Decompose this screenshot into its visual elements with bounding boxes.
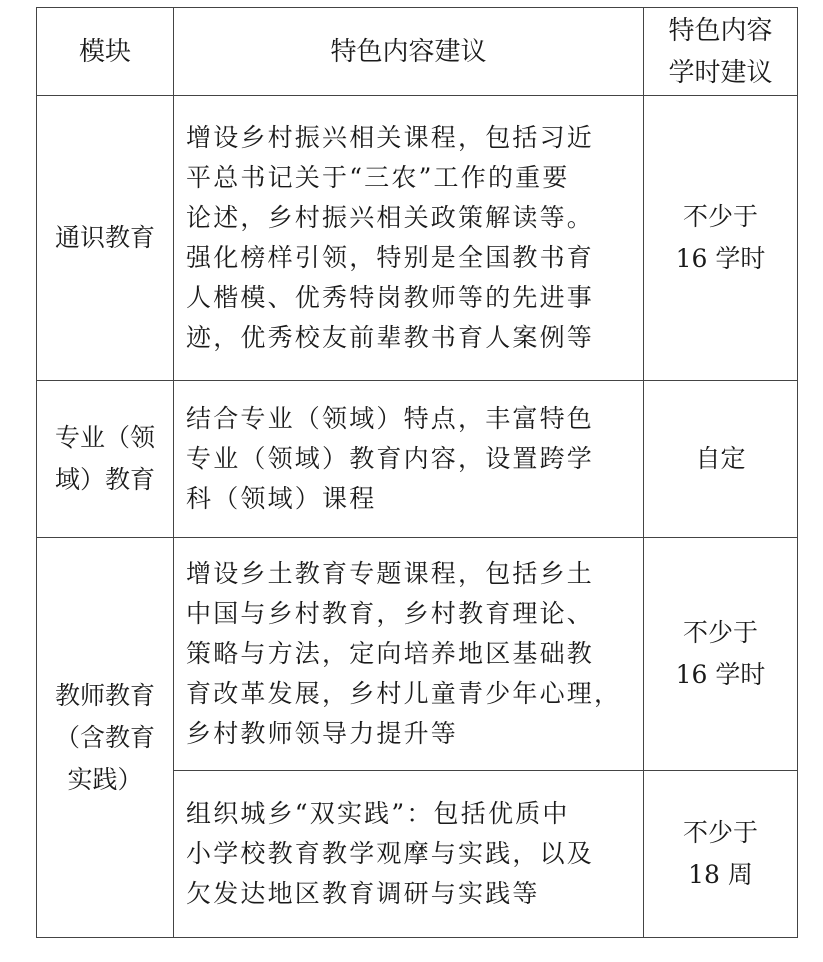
hours-line: 自定: [644, 438, 797, 480]
hours-line: 16 学时: [644, 238, 797, 280]
content-cell: 增设乡土教育专题课程，包括乡土 中国与乡村教育，乡村教育理论、 策略与方法，定向…: [174, 538, 644, 771]
content-line: 论述，乡村振兴相关政策解读等。: [186, 198, 633, 238]
module-name: 通识教育: [45, 217, 165, 259]
content-line: 科（领域）课程: [186, 479, 633, 519]
content-line: 增设乡土教育专题课程，包括乡土: [186, 554, 633, 594]
module-name: 实践）: [45, 759, 165, 801]
content-line: 平总书记关于“三农”工作的重要: [186, 158, 633, 198]
content-line: 育改革发展，乡村儿童青少年心理，: [186, 674, 633, 714]
header-row: 模块 特色内容建议 特色内容 学时建议: [37, 8, 798, 96]
content-line: 欠发达地区教育调研与实践等: [186, 874, 633, 914]
hours-cell: 自定: [644, 381, 798, 538]
table-row-professional-education: 专业（领 域）教育 结合专业（领域）特点，丰富特色 专业（领域）教育内容，设置跨…: [37, 381, 798, 538]
content-line: 乡村教师领导力提升等: [186, 714, 633, 754]
content-line: 小学校教育教学观摩与实践，以及: [186, 834, 633, 874]
header-content: 特色内容建议: [174, 8, 644, 96]
module-name: 教师教育: [45, 675, 165, 717]
module-cell: 教师教育 （含教育 实践）: [37, 538, 174, 938]
content-line: 人楷模、优秀特岗教师等的先进事: [186, 278, 633, 318]
hours-line: 不少于: [644, 612, 797, 654]
content-line: 强化榜样引领，特别是全国教书育: [186, 238, 633, 278]
content-cell: 增设乡村振兴相关课程，包括习近 平总书记关于“三农”工作的重要 论述，乡村振兴相…: [174, 96, 644, 381]
module-name: 域）教育: [45, 459, 165, 501]
table-row-general-education: 通识教育 增设乡村振兴相关课程，包括习近 平总书记关于“三农”工作的重要 论述，…: [37, 96, 798, 381]
header-hours-line: 学时建议: [644, 52, 797, 94]
hours-line: 不少于: [644, 812, 797, 854]
content-cell: 结合专业（领域）特点，丰富特色 专业（领域）教育内容，设置跨学 科（领域）课程: [174, 381, 644, 538]
header-hours: 特色内容 学时建议: [644, 8, 798, 96]
module-name: （含教育: [45, 717, 165, 759]
content-line: 中国与乡村教育，乡村教育理论、: [186, 594, 633, 634]
content-line: 组织城乡“双实践”：包括优质中: [186, 794, 633, 834]
content-line: 专业（领域）教育内容，设置跨学: [186, 439, 633, 479]
module-cell: 专业（领 域）教育: [37, 381, 174, 538]
hours-line: 18 周: [644, 854, 797, 896]
hours-cell: 不少于 18 周: [644, 771, 798, 938]
hours-line: 16 学时: [644, 654, 797, 696]
header-module: 模块: [37, 8, 174, 96]
module-name: 专业（领: [45, 417, 165, 459]
content-line: 策略与方法，定向培养地区基础教: [186, 634, 633, 674]
module-cell: 通识教育: [37, 96, 174, 381]
curriculum-table: 模块 特色内容建议 特色内容 学时建议 通识教育 增设乡村振兴相关课程，包括习近…: [36, 7, 798, 938]
content-cell: 组织城乡“双实践”：包括优质中 小学校教育教学观摩与实践，以及 欠发达地区教育调…: [174, 771, 644, 938]
content-line: 结合专业（领域）特点，丰富特色: [186, 399, 633, 439]
content-line: 增设乡村振兴相关课程，包括习近: [186, 118, 633, 158]
header-hours-line: 特色内容: [644, 10, 797, 52]
table-row-teacher-education: 教师教育 （含教育 实践） 增设乡土教育专题课程，包括乡土 中国与乡村教育，乡村…: [37, 538, 798, 771]
hours-cell: 不少于 16 学时: [644, 538, 798, 771]
hours-cell: 不少于 16 学时: [644, 96, 798, 381]
hours-line: 不少于: [644, 196, 797, 238]
content-line: 迹，优秀校友前辈教书育人案例等: [186, 318, 633, 358]
